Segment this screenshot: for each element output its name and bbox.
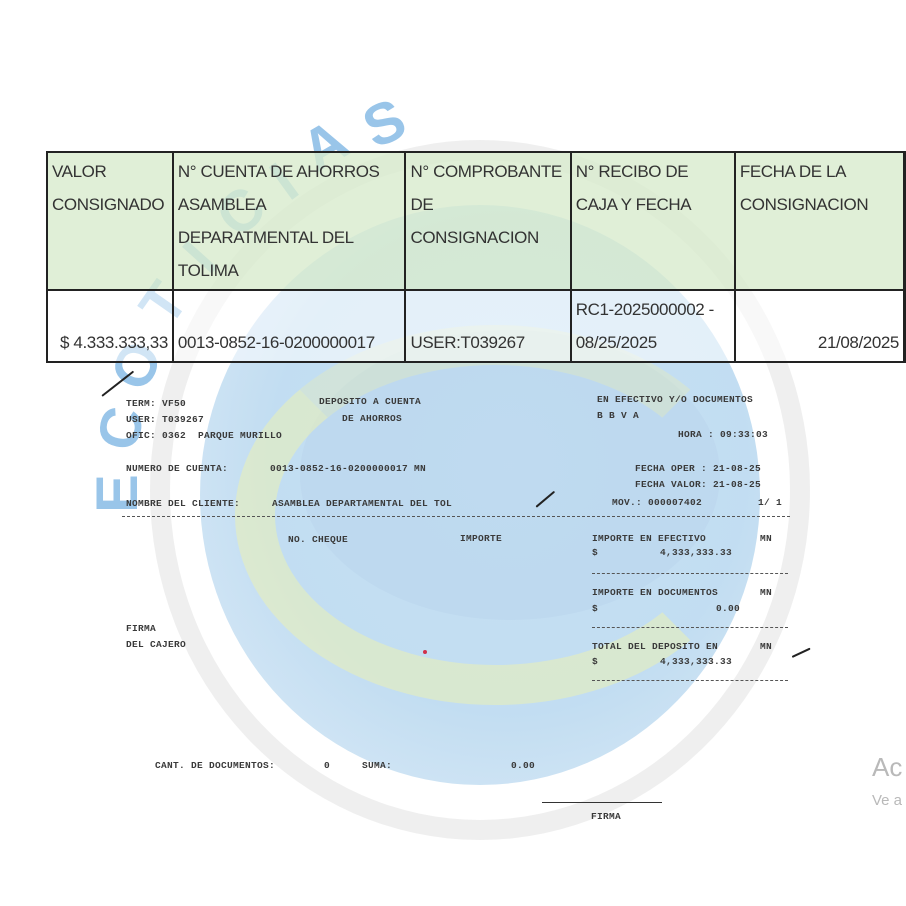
receipt-user: USER: T039267	[126, 414, 204, 425]
header-valor-consignado: VALOR CONSIGNADO	[47, 152, 173, 290]
receipt-importe-documentos-currency: MN	[760, 587, 772, 598]
receipt-hora: HORA : 09:33:03	[678, 429, 768, 440]
divider	[592, 627, 788, 628]
bank-deposit-receipt: TERM: VF50 USER: T039267 OFIC: 0362 PARQ…	[100, 360, 820, 840]
receipt-fecha-oper: FECHA OPER : 21-08-25	[635, 463, 761, 474]
receipt-importe-efectivo-label: IMPORTE EN EFECTIVO	[592, 533, 706, 544]
receipt-total: 4,333,333.33	[660, 656, 732, 667]
red-dot-mark	[423, 650, 427, 654]
pen-mark	[792, 648, 811, 658]
activate-windows-title: Ac	[872, 752, 902, 783]
receipt-term: TERM: VF50	[126, 398, 186, 409]
receipt-bank: B B V A	[597, 410, 639, 421]
header-fecha-consignacion: FECHA DE LA CONSIGNACION	[735, 152, 905, 290]
activate-windows-subtitle: Ve a	[872, 792, 902, 809]
receipt-title-line2: DE AHORROS	[342, 413, 402, 424]
pen-mark	[101, 371, 134, 397]
receipt-fecha-valor: FECHA VALOR: 21-08-25	[635, 479, 761, 490]
header-comprobante: N° COMPROBANTE DE CONSIGNACION	[405, 152, 570, 290]
pen-mark	[535, 491, 554, 508]
table-header-row: VALOR CONSIGNADO N° CUENTA DE AHORROS AS…	[47, 152, 905, 290]
receipt-suma-label: SUMA:	[362, 760, 392, 771]
receipt-firma-cajero-line2: DEL CAJERO	[126, 639, 186, 650]
receipt-page: 1/ 1	[758, 497, 782, 508]
receipt-importe-efectivo-symbol: $	[592, 547, 598, 558]
header-cuenta-ahorros: N° CUENTA DE AHORROS ASAMBLEA DEPARATMEN…	[173, 152, 406, 290]
cell-cuenta-ahorros: 0013-0852-16-0200000017	[173, 290, 406, 362]
cell-fecha-consignacion: 21/08/2025	[735, 290, 905, 362]
divider	[592, 573, 788, 574]
recibo-caja-number: RC1-2025000002 -	[576, 300, 714, 319]
receipt-col-importe: IMPORTE	[460, 533, 502, 544]
receipt-firma: FIRMA	[591, 811, 621, 822]
recibo-caja-date: 08/25/2025	[576, 333, 657, 352]
receipt-nombre-cliente: ASAMBLEA DEPARTAMENTAL DEL TOL	[272, 498, 452, 509]
receipt-importe-efectivo-currency: MN	[760, 533, 772, 544]
receipt-importe-documentos: 0.00	[716, 603, 740, 614]
receipt-total-label: TOTAL DEL DEPOSITO EN	[592, 641, 718, 652]
receipt-nombre-cliente-label: NOMBRE DEL CLIENTE:	[126, 498, 240, 509]
table-row: $ 4.333.333,33 0013-0852-16-0200000017 U…	[47, 290, 905, 362]
receipt-title-line1: DEPOSITO A CUENTA	[319, 396, 421, 407]
receipt-importe-documentos-label: IMPORTE EN DOCUMENTOS	[592, 587, 718, 598]
signature-line	[542, 802, 662, 803]
receipt-numero-cuenta: 0013-0852-16-0200000017 MN	[270, 463, 426, 474]
cell-comprobante: USER:T039267	[405, 290, 570, 362]
receipt-cant-documentos: 0	[324, 760, 330, 771]
receipt-col-cheque: NO. CHEQUE	[288, 534, 348, 545]
receipt-suma: 0.00	[511, 760, 535, 771]
receipt-firma-cajero-line1: FIRMA	[126, 623, 156, 634]
receipt-importe-efectivo: 4,333,333.33	[660, 547, 732, 558]
divider	[592, 680, 788, 681]
divider	[122, 516, 790, 517]
receipt-importe-documentos-symbol: $	[592, 603, 598, 614]
receipt-numero-cuenta-label: NUMERO DE CUENTA:	[126, 463, 228, 474]
cell-recibo-caja: RC1-2025000002 -08/25/2025	[571, 290, 735, 362]
receipt-ofic: OFIC: 0362 PARQUE MURILLO	[126, 430, 282, 441]
receipt-channel: EN EFECTIVO Y/O DOCUMENTOS	[597, 394, 753, 405]
deposit-summary-table: VALOR CONSIGNADO N° CUENTA DE AHORROS AS…	[46, 151, 906, 363]
receipt-total-currency: MN	[760, 641, 772, 652]
receipt-total-symbol: $	[592, 656, 598, 667]
cell-valor-consignado: $ 4.333.333,33	[47, 290, 173, 362]
receipt-cant-documentos-label: CANT. DE DOCUMENTOS:	[155, 760, 275, 771]
receipt-mov: MOV.: 000007402	[612, 497, 702, 508]
header-recibo-caja: N° RECIBO DE CAJA Y FECHA	[571, 152, 735, 290]
